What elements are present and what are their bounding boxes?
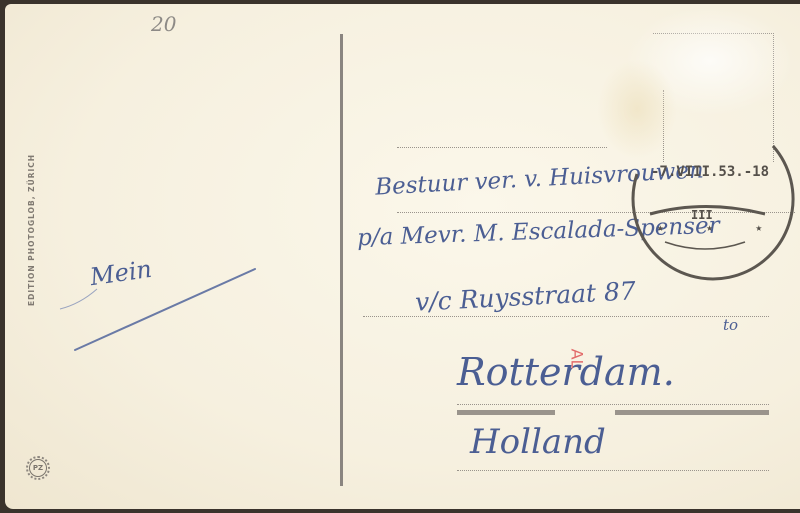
red-pencil-mark: AL — [567, 349, 586, 369]
address-underline-right — [615, 410, 769, 415]
address-annotation: to — [723, 316, 738, 334]
address-line-4 — [457, 404, 769, 405]
address-text-line-3: v/c Ruysstraat 87 — [414, 276, 636, 317]
postmark-stars: ★ ★ ★ — [657, 221, 780, 234]
signature-stroke-icon — [5, 4, 345, 513]
address-line-1 — [397, 147, 607, 148]
address-underline-left — [457, 410, 555, 415]
postmark-icon — [605, 104, 800, 294]
address-text-city: Rotterdam. — [457, 350, 675, 394]
postmark-date: -7.VIII.53.-18 — [651, 164, 769, 180]
center-divider — [340, 34, 343, 486]
address-text-country: Holland — [470, 422, 606, 462]
postmark-office-code: III — [691, 208, 713, 222]
address-line-5 — [457, 470, 769, 471]
postcard: 20 EDITION PHOTOGLOB, ZÜRICH PZ Mein Bes… — [5, 4, 800, 509]
